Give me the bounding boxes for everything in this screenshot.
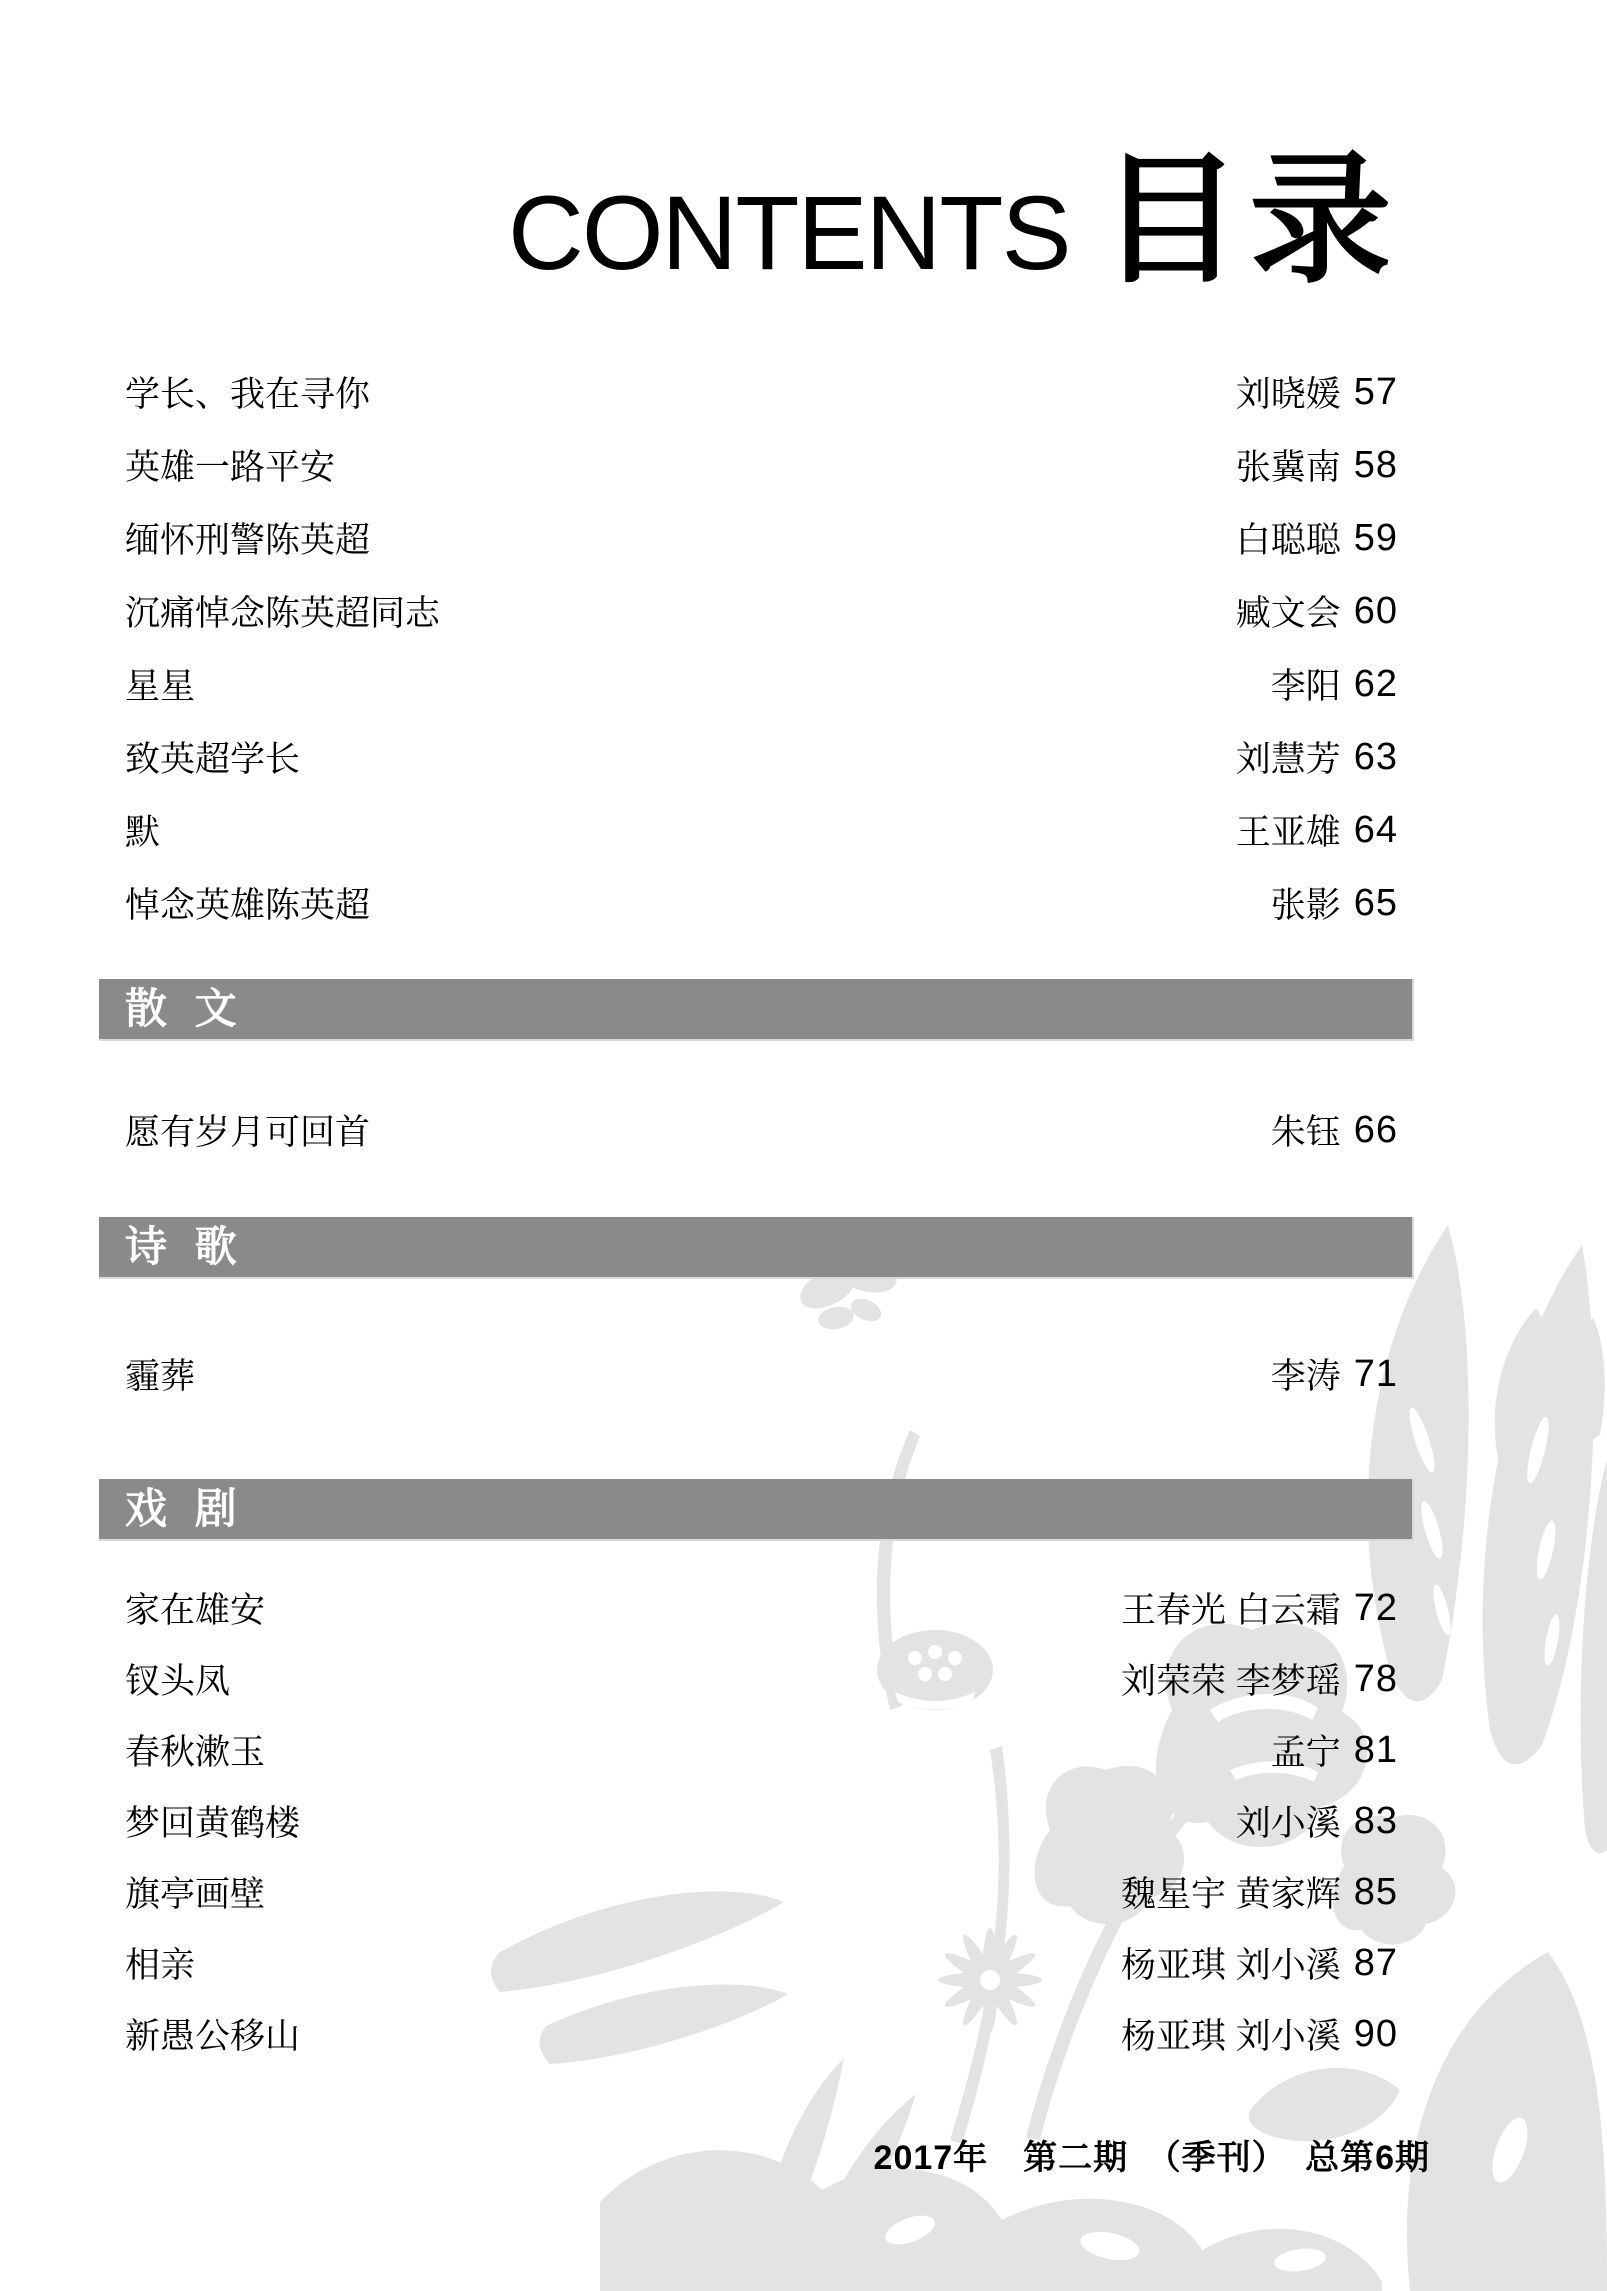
entry-author: 臧文会 — [1236, 586, 1341, 636]
entry-title: 相亲 — [125, 1938, 195, 1988]
entry-author: 孟宁 — [1271, 1725, 1341, 1775]
toc-entry: 旗亭画壁 魏星宇 黄家辉85 — [125, 1872, 1398, 1912]
entry-title: 悼念英雄陈英超 — [125, 878, 370, 928]
entry-page: 65 — [1354, 882, 1398, 925]
entry-page: 71 — [1354, 1353, 1398, 1396]
entry-page: 78 — [1354, 1658, 1398, 1701]
entry-title: 致英超学长 — [125, 732, 300, 782]
entry-page: 64 — [1354, 809, 1398, 852]
entry-credit: 朱钰66 — [1271, 1105, 1398, 1155]
toc-entry: 英雄一路平安 张冀南58 — [125, 445, 1398, 485]
page-title-english: CONTENTS — [508, 181, 1070, 286]
entry-credit: 白聪聪59 — [1236, 513, 1398, 563]
entry-title: 新愚公移山 — [125, 2009, 300, 2059]
toc-entry: 学长、我在寻你 刘晓媛57 — [125, 372, 1398, 412]
entry-page: 60 — [1354, 590, 1398, 633]
entry-title: 霾葬 — [125, 1349, 195, 1399]
section-label: 戏 剧 — [99, 1479, 1412, 1539]
entry-author: 张影 — [1271, 878, 1341, 928]
entry-page: 87 — [1354, 1942, 1398, 1985]
entry-title: 家在雄安 — [125, 1583, 265, 1633]
entry-author: 刘慧芳 — [1236, 732, 1341, 782]
entry-page: 72 — [1354, 1587, 1398, 1630]
toc-poetry-block: 霾葬 李涛71 — [125, 1354, 1398, 1394]
toc-drama-block: 家在雄安 王春光 白云霜72 钗头凤 刘荣荣 李梦瑶78 春秋漱玉 孟宁81 梦… — [125, 1588, 1398, 2085]
toc-entry: 默 王亚雄64 — [125, 810, 1398, 850]
entry-author: 刘荣荣 李梦瑶 — [1121, 1654, 1341, 1704]
entry-title: 梦回黄鹤楼 — [125, 1796, 300, 1846]
entry-page: 58 — [1354, 444, 1398, 487]
entry-author: 王亚雄 — [1236, 805, 1341, 855]
toc-entry: 沉痛悼念陈英超同志 臧文会60 — [125, 591, 1398, 631]
entry-page: 63 — [1354, 736, 1398, 779]
entry-credit: 刘慧芳63 — [1236, 732, 1398, 782]
entry-title: 旗亭画壁 — [125, 1867, 265, 1917]
entry-credit: 杨亚琪 刘小溪87 — [1121, 1938, 1398, 1988]
page-title-chinese: 目录 — [1100, 150, 1400, 292]
toc-entry: 家在雄安 王春光 白云霜72 — [125, 1588, 1398, 1628]
entry-title: 愿有岁月可回首 — [125, 1105, 370, 1155]
toc-prose-block: 愿有岁月可回首 朱钰66 — [125, 1110, 1398, 1150]
entry-title: 学长、我在寻你 — [125, 367, 370, 417]
page-title: CONTENTS 目录 — [508, 150, 1400, 292]
entry-credit: 张影65 — [1271, 878, 1398, 928]
toc-entry: 悼念英雄陈英超 张影65 — [125, 883, 1398, 923]
toc-opening-block: 学长、我在寻你 刘晓媛57 英雄一路平安 张冀南58 缅怀刑警陈英超 白聪聪59… — [125, 372, 1398, 956]
toc-entry: 缅怀刑警陈英超 白聪聪59 — [125, 518, 1398, 558]
entry-page: 83 — [1354, 1800, 1398, 1843]
entry-title: 默 — [125, 805, 160, 855]
entry-page: 85 — [1354, 1871, 1398, 1914]
section-label: 诗 歌 — [99, 1217, 1412, 1277]
entry-page: 81 — [1354, 1729, 1398, 1772]
entry-credit: 刘晓媛57 — [1236, 367, 1398, 417]
entry-credit: 刘小溪83 — [1236, 1796, 1398, 1846]
toc-entry: 梦回黄鹤楼 刘小溪83 — [125, 1801, 1398, 1841]
entry-author: 李阳 — [1271, 659, 1341, 709]
entry-author: 魏星宇 黄家辉 — [1121, 1867, 1341, 1917]
entry-author: 杨亚琪 刘小溪 — [1121, 2009, 1341, 2059]
entry-author: 李涛 — [1271, 1349, 1341, 1399]
entry-credit: 李阳62 — [1271, 659, 1398, 709]
entry-credit: 刘荣荣 李梦瑶78 — [1121, 1654, 1398, 1704]
section-bar-drama: 戏 剧 — [99, 1479, 1414, 1541]
entry-author: 白聪聪 — [1236, 513, 1341, 563]
toc-entry: 霾葬 李涛71 — [125, 1354, 1398, 1394]
section-bar-prose: 散 文 — [99, 979, 1414, 1041]
issue-info: 2017年 第二期 （季刊） 总第6期 — [874, 2130, 1430, 2179]
entry-page: 66 — [1354, 1109, 1398, 1152]
entry-title: 春秋漱玉 — [125, 1725, 265, 1775]
contents-page: CONTENTS 目录 学长、我在寻你 刘晓媛57 英雄一路平安 张冀南58 缅… — [0, 0, 1607, 2291]
toc-entry: 星星 李阳62 — [125, 664, 1398, 704]
entry-credit: 魏星宇 黄家辉85 — [1121, 1867, 1398, 1917]
entry-title: 星星 — [125, 659, 195, 709]
section-label: 散 文 — [99, 979, 1412, 1039]
entry-credit: 王亚雄64 — [1236, 805, 1398, 855]
toc-entry: 钗头凤 刘荣荣 李梦瑶78 — [125, 1659, 1398, 1699]
section-bar-poetry: 诗 歌 — [99, 1217, 1414, 1279]
entry-credit: 臧文会60 — [1236, 586, 1398, 636]
entry-page: 57 — [1354, 371, 1398, 414]
entry-author: 朱钰 — [1271, 1105, 1341, 1155]
entry-title: 缅怀刑警陈英超 — [125, 513, 370, 563]
entry-title: 钗头凤 — [125, 1654, 230, 1704]
toc-entry: 愿有岁月可回首 朱钰66 — [125, 1110, 1398, 1150]
entry-author: 张冀南 — [1236, 440, 1341, 490]
entry-credit: 孟宁81 — [1271, 1725, 1398, 1775]
entry-credit: 王春光 白云霜72 — [1121, 1583, 1398, 1633]
entry-author: 杨亚琪 刘小溪 — [1121, 1938, 1341, 1988]
entry-title: 英雄一路平安 — [125, 440, 335, 490]
entry-page: 62 — [1354, 663, 1398, 706]
entry-author: 刘小溪 — [1236, 1796, 1341, 1846]
entry-author: 刘晓媛 — [1236, 367, 1341, 417]
toc-entry: 相亲 杨亚琪 刘小溪87 — [125, 1943, 1398, 1983]
entry-page: 59 — [1354, 517, 1398, 560]
entry-credit: 张冀南58 — [1236, 440, 1398, 490]
entry-credit: 杨亚琪 刘小溪90 — [1121, 2009, 1398, 2059]
entry-author: 王春光 白云霜 — [1121, 1583, 1341, 1633]
toc-entry: 春秋漱玉 孟宁81 — [125, 1730, 1398, 1770]
entry-title: 沉痛悼念陈英超同志 — [125, 586, 440, 636]
entry-credit: 李涛71 — [1271, 1349, 1398, 1399]
toc-entry: 新愚公移山 杨亚琪 刘小溪90 — [125, 2014, 1398, 2054]
toc-entry: 致英超学长 刘慧芳63 — [125, 737, 1398, 777]
entry-page: 90 — [1354, 2013, 1398, 2056]
